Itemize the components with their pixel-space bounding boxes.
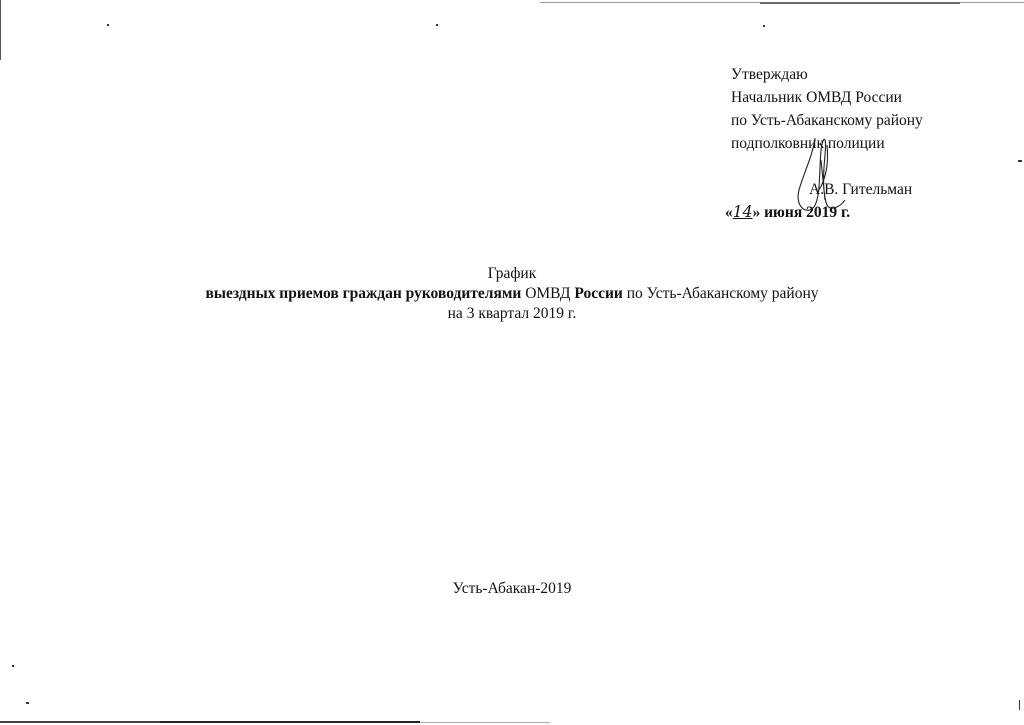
subtitle-part: ОМВД — [521, 285, 574, 302]
approval-line: Утверждаю — [731, 63, 923, 86]
handwritten-signature-icon — [785, 130, 865, 220]
date-day: 14 — [733, 203, 753, 221]
subtitle-part: России — [574, 285, 622, 302]
scan-edge-bottom-dark — [160, 721, 420, 723]
approval-department: по Усть-Абаканскому району — [731, 109, 923, 132]
document-heading: График — [0, 264, 1024, 284]
scan-edge-bottom-light — [420, 722, 550, 723]
scan-speck — [26, 702, 29, 704]
document-period: на 3 квартал 2019 г. — [0, 304, 1024, 324]
scan-edge-top-dark — [760, 2, 960, 4]
scan-speck — [763, 25, 765, 27]
document-title-block: График выездных приемов граждан руководи… — [0, 264, 1024, 324]
scan-speck — [1018, 160, 1022, 162]
scan-speck — [107, 24, 109, 26]
scan-speck — [1019, 700, 1020, 710]
document-subtitle: выездных приемов граждан руководителями … — [0, 284, 1024, 304]
approval-position: Начальник ОМВД России — [731, 86, 923, 109]
subtitle-part: по Усть-Абаканскому району — [623, 285, 819, 302]
scan-speck — [436, 24, 438, 26]
place-and-year: Усть-Абакан-2019 — [0, 580, 1024, 598]
subtitle-part: выездных приемов граждан руководителями — [206, 285, 522, 302]
scan-speck — [12, 665, 14, 667]
date-quote-open: « — [725, 204, 733, 221]
scan-edge-left — [0, 0, 1, 60]
